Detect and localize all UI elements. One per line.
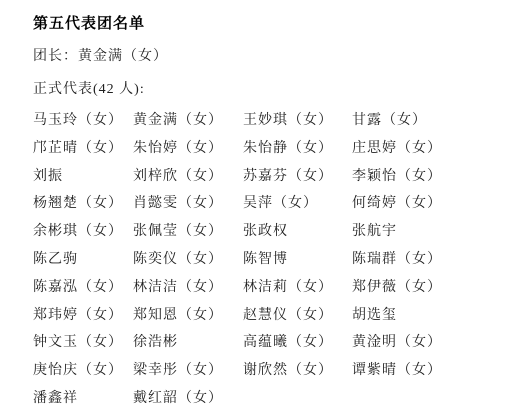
member-name: 林洁莉（女） xyxy=(243,280,352,296)
member-name: 钟文玉（女） xyxy=(33,335,133,351)
member-name: 庚怡庆（女） xyxy=(33,363,133,379)
member-name: 谢欣然（女） xyxy=(243,363,352,379)
member-name: 林洁洁（女） xyxy=(133,280,243,296)
document-page: 第五代表团名单 团长：黄金满（女） 正式代表(42 人): 马玉玲（女）黄金满（… xyxy=(0,0,506,413)
member-name: 庄思婷（女） xyxy=(352,141,506,157)
member-name: 潘鑫祥 xyxy=(33,391,133,407)
member-name: 戴红韶（女） xyxy=(133,391,243,407)
member-name: 余彬琪（女） xyxy=(33,224,133,240)
member-name: 陈乙驹 xyxy=(33,252,133,268)
member-name: 张政权 xyxy=(243,224,352,240)
member-name: 黄淦明（女） xyxy=(352,335,506,351)
member-name: 吴萍（女） xyxy=(243,196,352,212)
member-name: 马玉玲（女） xyxy=(33,113,133,129)
member-name: 胡选玺 xyxy=(352,308,506,324)
member-name: 王妙琪（女） xyxy=(243,113,352,129)
member-name: 徐浩彬 xyxy=(133,335,243,351)
member-name: 郑玮婷（女） xyxy=(33,308,133,324)
member-name: 黄金满（女） xyxy=(133,113,243,129)
member-name: 高蕴曦（女） xyxy=(243,335,352,351)
member-name: 朱怡静（女） xyxy=(243,141,352,157)
member-name: 郑知恩（女） xyxy=(133,308,243,324)
member-name: 陈瑞群（女） xyxy=(352,252,506,268)
member-name: 何绮婷（女） xyxy=(352,196,506,212)
member-name: 肖懿雯（女） xyxy=(133,196,243,212)
member-name: 张佩莹（女） xyxy=(133,224,243,240)
member-name: 杨翘楚（女） xyxy=(33,196,133,212)
member-name: 刘振 xyxy=(33,169,133,185)
member-name: 陈奕仪（女） xyxy=(133,252,243,268)
section-line: 正式代表(42 人): xyxy=(33,82,506,98)
member-name: 陈智博 xyxy=(243,252,352,268)
member-name: 朱怡婷（女） xyxy=(133,141,243,157)
member-name: 甘露（女） xyxy=(352,113,506,129)
member-name: 陈嘉泓（女） xyxy=(33,280,133,296)
member-name: 苏嘉芬（女） xyxy=(243,169,352,185)
member-name: 刘梓欣（女） xyxy=(133,169,243,185)
document-title: 第五代表团名单 xyxy=(33,16,506,32)
member-name: 梁幸彤（女） xyxy=(133,363,243,379)
member-name: 邝芷晴（女） xyxy=(33,141,133,157)
member-name: 李颖怡（女） xyxy=(352,169,506,185)
member-name: 谭紫晴（女） xyxy=(352,363,506,379)
member-name: 赵慧仪（女） xyxy=(243,308,352,324)
members-grid: 马玉玲（女）黄金满（女）王妙琪（女）甘露（女）邝芷晴（女）朱怡婷（女）朱怡静（女… xyxy=(33,113,506,413)
member-name: 郑伊薇（女） xyxy=(352,280,506,296)
member-name: 张航宇 xyxy=(352,224,506,240)
leader-line: 团长：黄金满（女） xyxy=(33,49,506,65)
